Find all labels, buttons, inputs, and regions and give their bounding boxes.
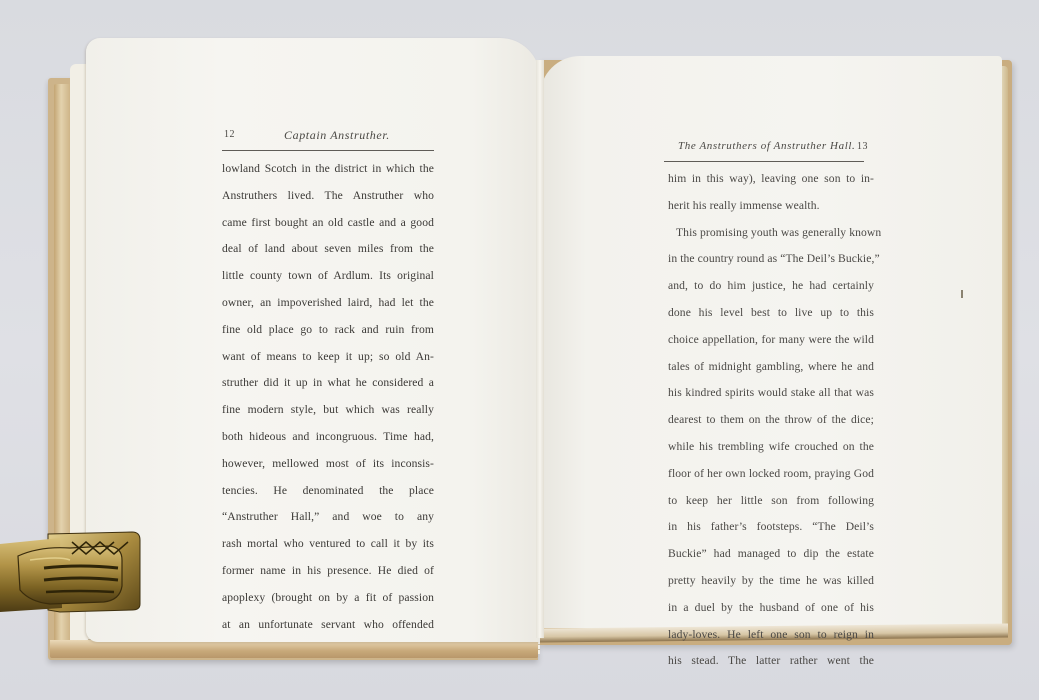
text-line: want of means to keep it up; so old An- bbox=[222, 344, 434, 371]
right-page-number: 13 bbox=[857, 141, 868, 152]
text-line: done his level best to live up to this bbox=[668, 300, 874, 327]
header-rule bbox=[664, 161, 864, 162]
text-line: deal of land about seven miles from the bbox=[222, 236, 434, 263]
right-running-title: The Anstruthers of Anstruther Hall. bbox=[678, 140, 855, 152]
text-line: and, to do him justice, he had certainly bbox=[668, 273, 874, 300]
text-line: came first bought an old castle and a go… bbox=[222, 210, 434, 237]
text-line: in his father’s footsteps. “The Deil’s bbox=[668, 514, 874, 541]
book-gutter bbox=[536, 60, 544, 638]
text-line: to keep her little son from following bbox=[668, 488, 874, 515]
text-line: pretty heavily by the time he was killed bbox=[668, 568, 874, 595]
text-line: struther did it up in what he considered… bbox=[222, 370, 434, 397]
text-line: little county town of Ardlum. Its origin… bbox=[222, 263, 434, 290]
page-blemish bbox=[961, 290, 963, 298]
header-rule bbox=[222, 150, 434, 151]
text-line: while his trembling wife crouched on the bbox=[668, 434, 874, 461]
text-line: however, mellowed most of its inconsis- bbox=[222, 451, 434, 478]
text-line: both hideous and incongruous. Time had, bbox=[222, 424, 434, 451]
text-line: tales of midnight gambling, where he and bbox=[668, 354, 874, 381]
text-line: Buckie” had managed to dip the estate bbox=[668, 541, 874, 568]
text-line: rash mortal who ventured to call it by i… bbox=[222, 531, 434, 558]
text-line: choice appellation, for many were the wi… bbox=[668, 327, 874, 354]
left-running-title: Captain Anstruther. bbox=[284, 128, 390, 143]
text-line: lady-loves. He left one son to reign in bbox=[668, 622, 874, 649]
photo-scene: 12 Captain Anstruther. lowland Scotch in… bbox=[0, 0, 1039, 700]
text-line: herit his really immense wealth. bbox=[668, 193, 874, 220]
text-line: floor of her own locked room, praying Go… bbox=[668, 461, 874, 488]
book-cover-bottom-edge-left bbox=[50, 640, 538, 658]
text-line: fine modern style, but which was really bbox=[222, 397, 434, 424]
text-line: fine old place go to rack and ruin from bbox=[222, 317, 434, 344]
text-line: in the country round as “The Deil’s Buck… bbox=[668, 246, 874, 273]
brass-hand-page-weight-icon bbox=[0, 530, 142, 614]
text-line: apoplexy (brought on by a fit of passion bbox=[222, 585, 434, 612]
text-line: former name in his presence. He died of bbox=[222, 558, 434, 585]
text-line: lowland Scotch in the district in which … bbox=[222, 156, 434, 183]
text-line: his kindred spirits would stake all that… bbox=[668, 380, 874, 407]
text-line: tencies. He denominated the place bbox=[222, 478, 434, 505]
left-page-body: lowland Scotch in the district in which … bbox=[222, 156, 434, 638]
text-line: his stead. The latter rather went the bbox=[668, 648, 874, 675]
left-page-number: 12 bbox=[224, 129, 235, 140]
text-line: at an unfortunate servant who offended bbox=[222, 612, 434, 639]
text-line: This promising youth was generally known bbox=[668, 220, 874, 247]
text-line: owner, an impoverished laird, had let th… bbox=[222, 290, 434, 317]
text-line: Anstruthers lived. The Anstruther who bbox=[222, 183, 434, 210]
text-line: “Anstruther Hall,” and woe to any bbox=[222, 504, 434, 531]
text-line: dearest to them on the throw of the dice… bbox=[668, 407, 874, 434]
text-line: him in this way), leaving one son to in- bbox=[668, 166, 874, 193]
right-page-body: him in this way), leaving one son to in-… bbox=[668, 166, 874, 675]
text-line: in a duel by the husband of one of his bbox=[668, 595, 874, 622]
